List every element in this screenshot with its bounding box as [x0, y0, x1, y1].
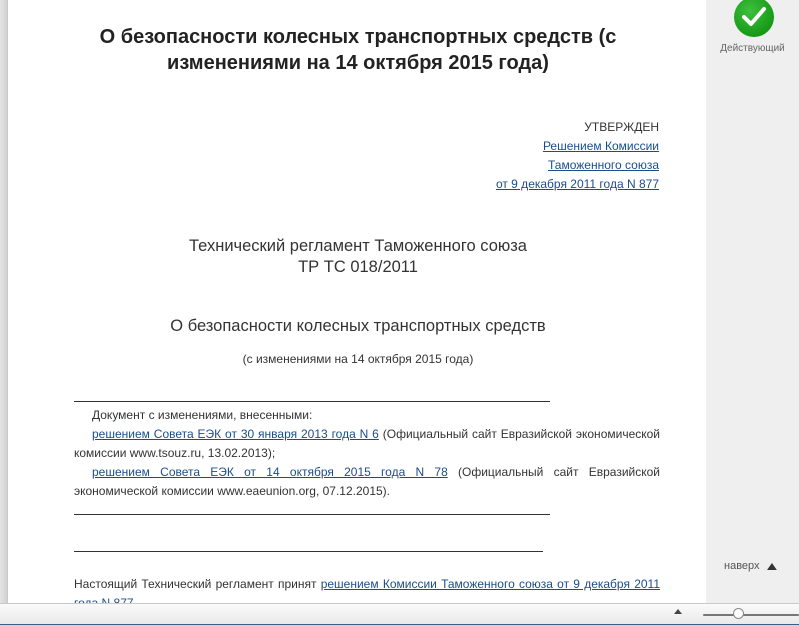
amendment-link-1[interactable]: решением Совета ЕЭК от 30 января 2013 го…: [92, 427, 379, 441]
regulation-title-line-2: ТР ТС 018/2011: [68, 257, 648, 278]
document-title: О безопасности колесных транспортных сре…: [68, 24, 648, 76]
back-to-top-button[interactable]: наверх ▲: [724, 559, 777, 573]
zoom-slider-thumb[interactable]: [733, 608, 744, 619]
approval-block: УТВЕРЖДЕН Решением Комиссии Таможенного …: [496, 118, 659, 194]
amendments-block: Документ с изменениями, внесенными: реше…: [74, 406, 660, 501]
zoom-slider[interactable]: [701, 608, 799, 622]
document-page: О безопасности колесных транспортных сре…: [8, 0, 706, 603]
body-intro-text: Настоящий Технический регламент принят: [74, 577, 321, 591]
bottom-toolbar: [0, 603, 799, 625]
changes-note: (с изменениями на 14 октября 2015 года): [68, 352, 648, 366]
regulation-subject: О безопасности колесных транспортных сре…: [68, 317, 648, 336]
approval-link-line-2[interactable]: Таможенного союза: [548, 158, 659, 172]
status-label: Действующий: [706, 43, 799, 54]
zoom-slider-track: [703, 614, 799, 616]
amendments-intro: Документ с изменениями, внесенными:: [74, 406, 660, 425]
regulation-title-line-1: Технический регламент Таможенного союза: [68, 236, 648, 257]
status-sidebar: Действующий наверх ▲: [706, 0, 799, 603]
approval-link-line-1[interactable]: Решением Комиссии: [543, 139, 659, 153]
chevron-up-icon: ▲: [763, 559, 780, 573]
approved-label: УТВЕРЖДЕН: [496, 118, 659, 137]
regulation-title: Технический регламент Таможенного союза …: [68, 236, 648, 278]
back-to-top-label: наверх: [724, 560, 760, 572]
amendment-item: решением Совета ЕЭК от 30 января 2013 го…: [74, 425, 660, 463]
separator-line: [74, 514, 550, 515]
triangle-up-icon[interactable]: [674, 609, 682, 614]
approval-link-line-3[interactable]: от 9 декабря 2011 года N 877: [496, 177, 659, 191]
amendment-link-2[interactable]: решением Совета ЕЭК от 14 октября 2015 г…: [92, 465, 448, 479]
body-intro: Настоящий Технический регламент принят р…: [74, 575, 660, 603]
check-circle-icon: [734, 0, 774, 37]
separator-line: [74, 401, 550, 402]
separator-line: [74, 551, 543, 552]
page-left-edge: [0, 0, 8, 603]
amendment-item: решением Совета ЕЭК от 14 октября 2015 г…: [74, 463, 660, 501]
